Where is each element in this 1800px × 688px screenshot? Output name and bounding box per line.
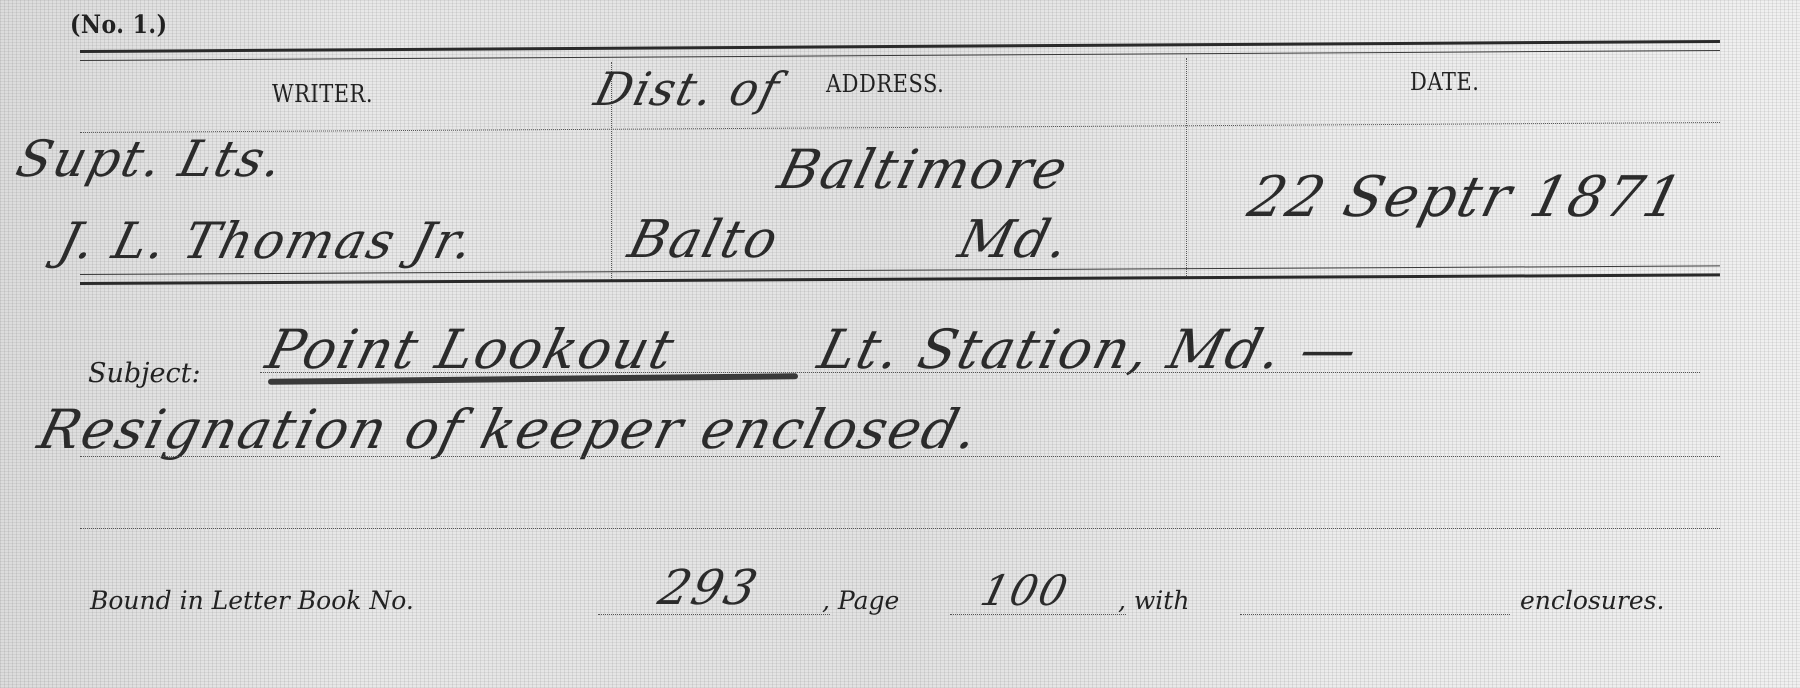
enclosures-line — [1240, 614, 1510, 615]
writer-name: J. L. Thomas Jr. — [53, 212, 481, 270]
address-state: Md. — [953, 210, 1077, 270]
entry-date: 22 Septr 1871 — [1242, 165, 1690, 230]
address-city: Balto — [623, 210, 786, 270]
header-date: DATE. — [1410, 68, 1479, 96]
enclosures-label: enclosures. — [1520, 586, 1664, 615]
header-address: ADDRESS. — [826, 70, 944, 98]
page-label: , Page — [822, 586, 899, 615]
header-divider — [80, 122, 1720, 133]
subject-line-2 — [80, 456, 1720, 457]
column-divider-address-date — [1186, 58, 1187, 276]
top-rule-inner — [80, 50, 1720, 61]
subject-line-1 — [260, 372, 1700, 373]
form-number: (No. 1.) — [70, 10, 168, 40]
bound-label: Bound in Letter Book No. — [90, 586, 414, 615]
header-writer: WRITER. — [272, 80, 373, 108]
subject-description: Resignation of keeper enclosed. — [32, 398, 986, 461]
subject-label: Subject: — [88, 358, 201, 389]
address-line1: Baltimore — [772, 138, 1075, 201]
subject-line-3 — [80, 528, 1720, 529]
address-prefix: Dist. of — [589, 62, 786, 116]
page-number: 100 — [976, 566, 1074, 615]
letter-book-number: 293 — [653, 560, 765, 616]
writer-title: Supt. Lts. — [11, 130, 291, 188]
with-label: , with — [1118, 586, 1189, 615]
entry-rule-lower — [80, 273, 1720, 285]
